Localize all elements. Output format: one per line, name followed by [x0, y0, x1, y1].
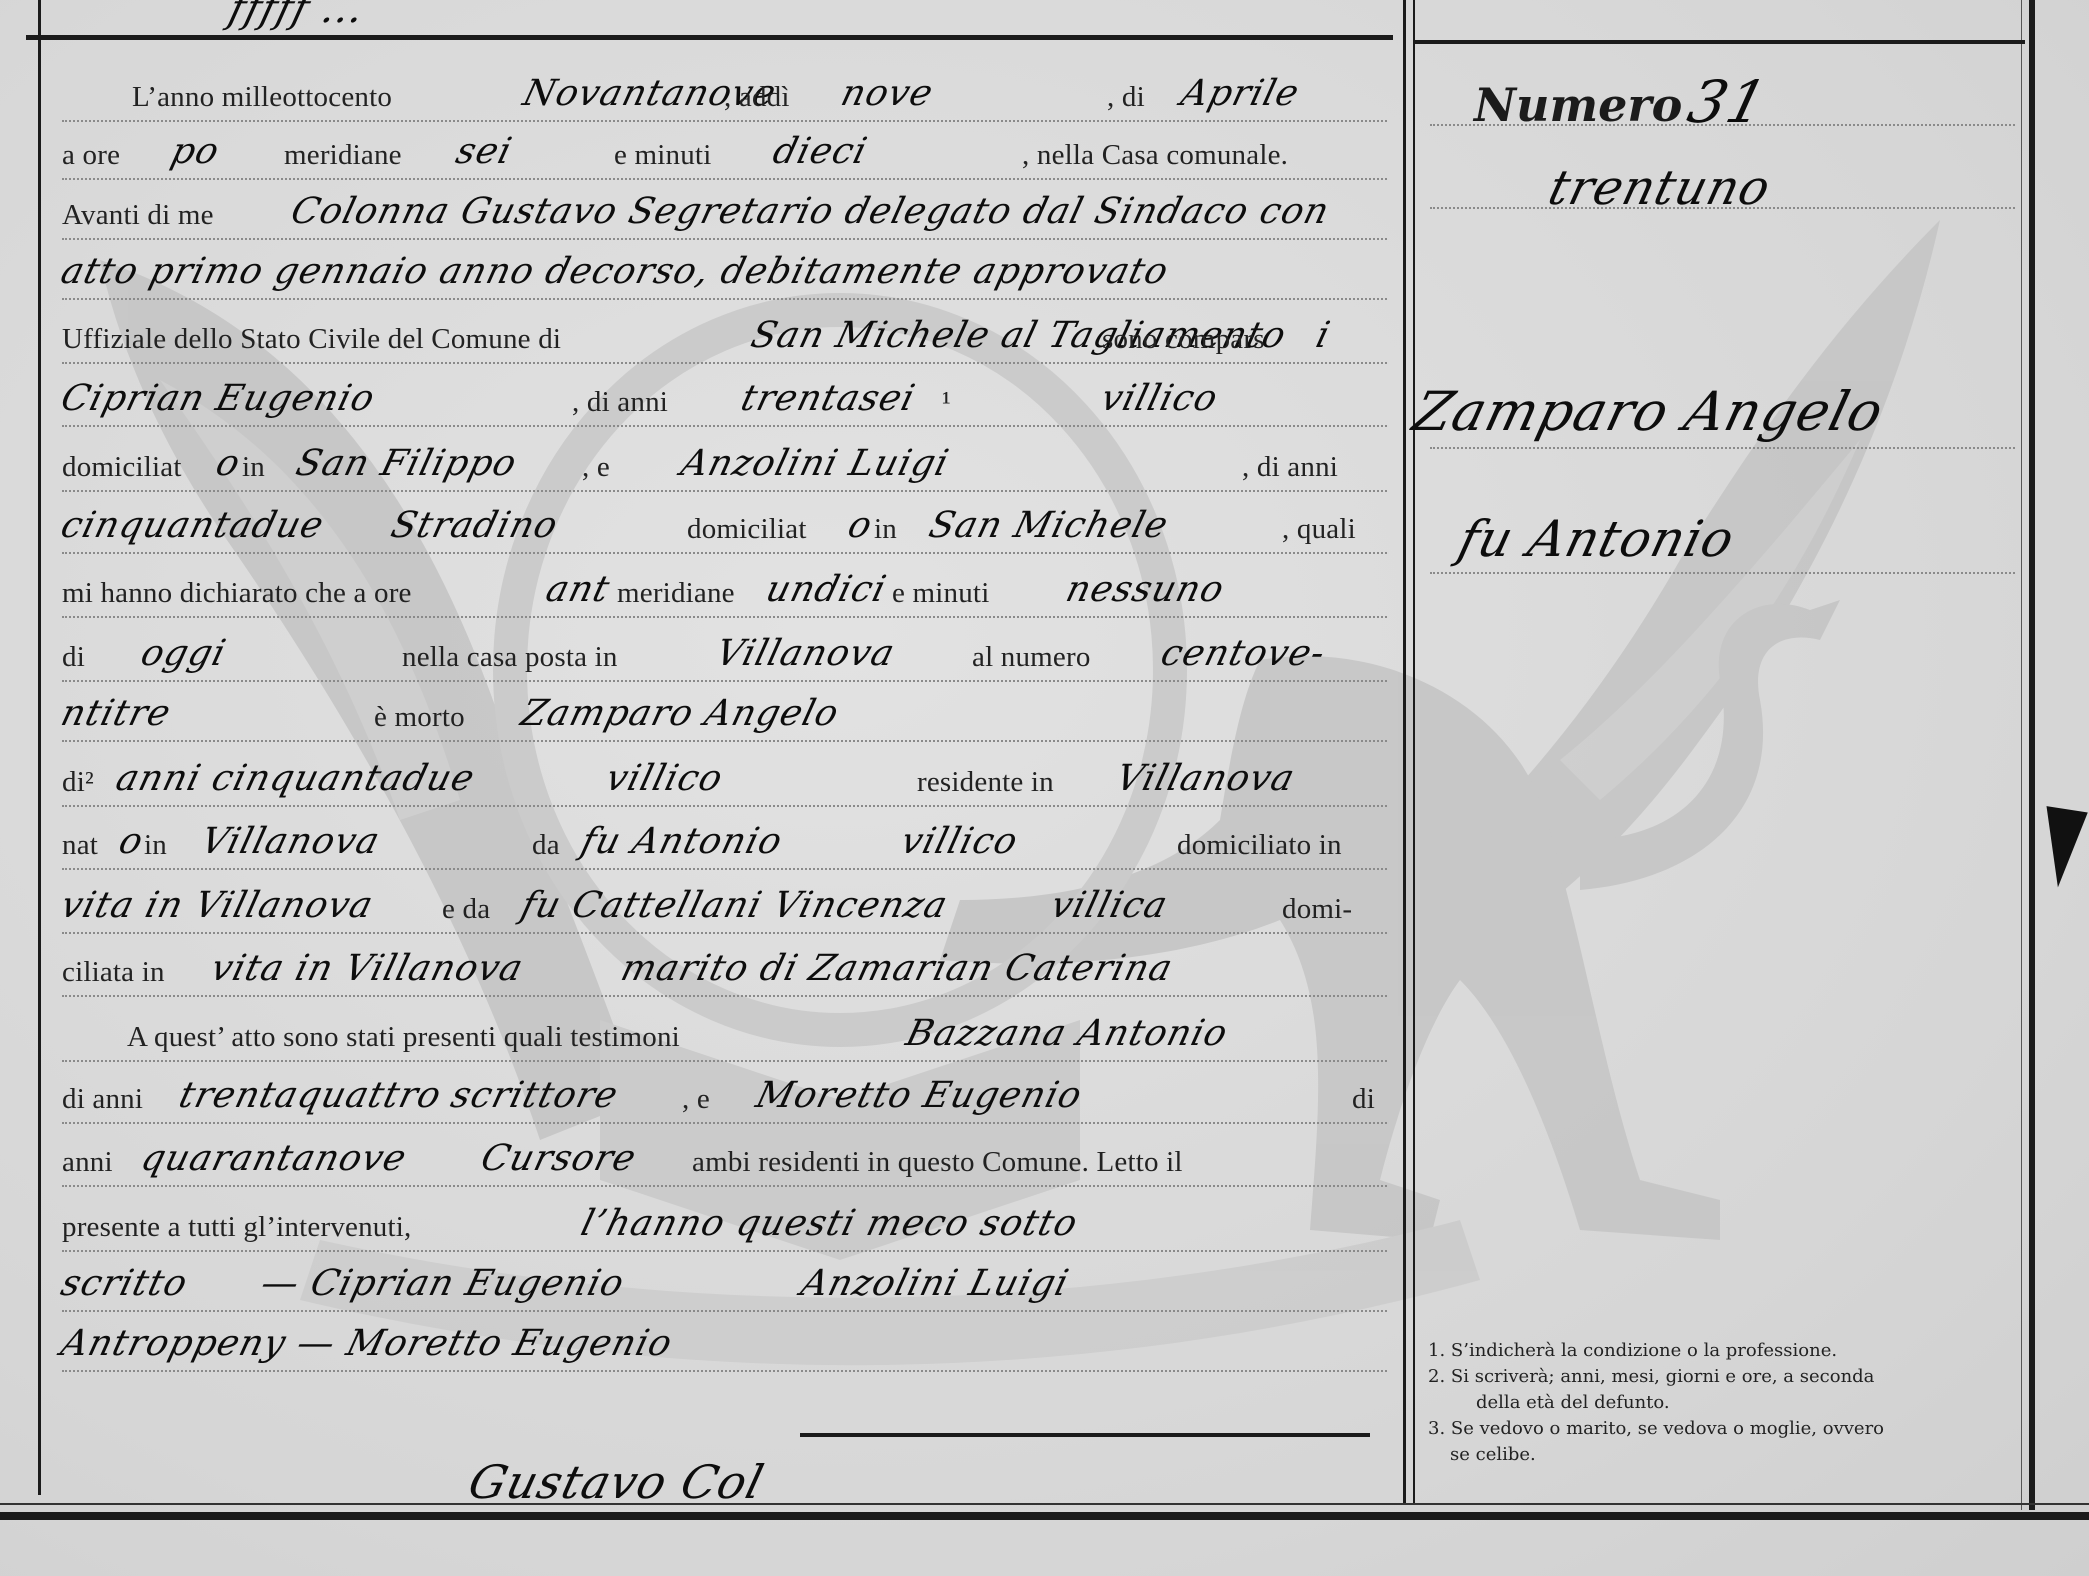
record-number-dotted-line	[1430, 122, 2015, 126]
record-line: Avanti di meColonna Gustavo Segretario d…	[62, 178, 1387, 240]
printed-text: mi hanno dichiarato che a ore	[62, 577, 412, 610]
record-line: ciliata invita in Villanovamarito di Zam…	[62, 935, 1387, 997]
handwritten-entry: o	[212, 443, 245, 484]
previous-record-fragment: fffff ...	[224, 0, 369, 32]
record-line: ntitreè mortoZamparo Angelo	[62, 680, 1387, 742]
printed-text: al numero	[972, 641, 1091, 674]
bottom-rule	[0, 1512, 2089, 1520]
printed-text: e minuti	[614, 139, 711, 172]
handwritten-entry: anni cinquantadue	[112, 758, 479, 799]
handwritten-entry: undici	[762, 569, 891, 610]
handwritten-entry: sei	[452, 131, 517, 172]
printed-text: domiciliat	[687, 513, 807, 546]
record-line: Ciprian Eugenio, di annitrentasei¹villic…	[62, 365, 1387, 427]
footnote-item: della età del defunto.	[1428, 1390, 2028, 1416]
printed-text: in	[874, 513, 897, 546]
handwritten-entry: Moretto Eugenio	[752, 1075, 1087, 1116]
handwritten-entry: scrittore	[447, 1075, 623, 1116]
printed-text: residente in	[917, 766, 1054, 799]
printed-text: anni	[62, 1146, 113, 1179]
printed-text: domiciliat	[62, 451, 182, 484]
printed-text: di anni	[62, 1083, 143, 1116]
printed-text: presente a tutti gl’intervenuti,	[62, 1211, 411, 1244]
record-number-words-dotted-line	[1430, 205, 2015, 209]
printed-text: di	[62, 641, 85, 674]
printed-text: meridiane	[284, 139, 402, 172]
printed-text: ciliata in	[62, 956, 165, 989]
handwritten-entry: l’hanno questi meco sotto	[577, 1203, 1082, 1244]
handwritten-entry: villico	[1097, 378, 1222, 419]
footnote-item: 2. Si scriverà; anni, mesi, giorni e ore…	[1428, 1364, 2028, 1390]
footnotes: 1. S’indicherà la condizione o la profes…	[1428, 1338, 2028, 1468]
handwritten-entry: po	[167, 131, 224, 172]
handwritten-entry: Antroppeny — Moretto Eugenio	[57, 1323, 677, 1364]
handwritten-entry: quarantanove	[137, 1138, 411, 1179]
handwritten-entry: scritto	[57, 1263, 192, 1304]
record-line: di²anni cinquantaduevillicoresidente inV…	[62, 745, 1387, 807]
handwritten-entry: centove-	[1157, 633, 1330, 674]
record-line: anniquarantanoveCursoreambi residenti in…	[62, 1125, 1387, 1187]
left-border-line	[38, 0, 41, 1495]
margin-father-name: fu Antonio	[1453, 510, 1741, 568]
handwritten-entry: Anzolini Luigi	[797, 1263, 1073, 1304]
handwritten-entry: o	[115, 821, 148, 862]
printed-text: L’anno milleottocento	[132, 81, 392, 114]
column-divider-line-inner	[1413, 0, 1415, 1505]
printed-text: da	[532, 829, 560, 862]
officer-signature: Gustavo Col	[463, 1455, 769, 1509]
handwritten-entry: San Michele	[925, 505, 1173, 546]
printed-text: sono compars	[1102, 323, 1265, 356]
printed-text: ¹	[942, 386, 951, 419]
handwritten-entry: villica	[1047, 885, 1172, 926]
handwritten-entry: atto primo gennaio anno decorso, debitam…	[57, 251, 1173, 292]
handwritten-entry: fu Antonio	[577, 821, 787, 862]
handwritten-entry: Zamparo Angelo	[517, 693, 843, 734]
printed-text: meridiane	[617, 577, 735, 610]
top-rule-left	[26, 35, 1393, 40]
column-divider-line	[1403, 0, 1406, 1505]
margin-deceased-name: Zamparo Angelo	[1407, 380, 1890, 443]
page-tab-marker	[2046, 801, 2089, 888]
handwritten-entry: dieci	[769, 131, 872, 172]
handwritten-entry: Stradino	[387, 505, 562, 546]
handwritten-entry: fu Cattellani Vincenza	[517, 885, 952, 926]
handwritten-entry: Cursore	[477, 1138, 641, 1179]
top-rule-right	[1415, 40, 2025, 44]
footnote-item: se celibe.	[1428, 1442, 2028, 1468]
printed-text: Uffiziale dello Stato Civile del Comune …	[62, 323, 561, 356]
record-line: Uffiziale dello Stato Civile del Comune …	[62, 302, 1387, 364]
record-line: scritto— Ciprian EugenioAnzolini Luigi	[62, 1250, 1387, 1312]
printed-text: , addì	[724, 81, 790, 114]
record-line: A quest’ atto sono stati presenti quali …	[62, 1000, 1387, 1062]
handwritten-entry: nessuno	[1062, 569, 1229, 610]
printed-text: in	[242, 451, 265, 484]
printed-text: , di anni	[1242, 451, 1338, 484]
printed-text: di²	[62, 766, 94, 799]
right-border-line	[2029, 0, 2035, 1510]
printed-text: Avanti di me	[62, 199, 214, 232]
handwritten-entry: o	[844, 505, 877, 546]
handwritten-entry: vita in Villanova	[57, 885, 378, 926]
handwritten-entry: marito di Zamarian Caterina	[617, 948, 1177, 989]
printed-text: nat	[62, 829, 98, 862]
printed-text: , di anni	[572, 386, 668, 419]
margin-name-dotted-line	[1430, 445, 2015, 449]
footnote-item: 3. Se vedovo o marito, se vedova o mogli…	[1428, 1416, 2028, 1442]
record-line: di annitrentaquattroscrittore, eMoretto …	[62, 1062, 1387, 1124]
printed-text: A quest’ atto sono stati presenti quali …	[127, 1021, 680, 1054]
printed-text: domi-	[1282, 893, 1352, 926]
handwritten-entry: cinquantadue	[57, 505, 328, 546]
handwritten-entry: trentasei	[737, 378, 920, 419]
record-line: L’anno milleottocentoNovantanove, addìno…	[62, 60, 1387, 122]
record-line: Antroppeny — Moretto Eugenio	[62, 1310, 1387, 1372]
document-page: fffff ... L’anno milleottocentoNovantano…	[0, 0, 2089, 1576]
printed-text: , nella Casa comunale.	[1022, 139, 1288, 172]
record-line: domiciliatoinSan Filippo, eAnzolini Luig…	[62, 430, 1387, 492]
handwritten-entry: Aprile	[1177, 73, 1304, 114]
record-line: cinquantadueStradinodomiciliatoinSan Mic…	[62, 492, 1387, 554]
signature-closing-rule	[800, 1433, 1370, 1437]
printed-text: nella casa posta in	[402, 641, 618, 674]
record-line: natoinVillanovadafu Antoniovillicodomici…	[62, 808, 1387, 870]
handwritten-entry: Anzolini Luigi	[677, 443, 953, 484]
printed-text: , quali	[1282, 513, 1356, 546]
record-line: mi hanno dichiarato che a oreantmeridian…	[62, 556, 1387, 618]
printed-text: domiciliato in	[1177, 829, 1342, 862]
printed-text: e minuti	[892, 577, 989, 610]
handwritten-entry: Colonna Gustavo Segretario delegato dal …	[287, 191, 1334, 232]
handwritten-entry: i	[1312, 315, 1335, 356]
handwritten-entry: trentaquattro	[175, 1075, 446, 1116]
handwritten-entry: villico	[897, 821, 1022, 862]
handwritten-entry: vita in Villanova	[207, 948, 528, 989]
printed-text: , e	[582, 451, 610, 484]
handwritten-entry: San Filippo	[292, 443, 521, 484]
handwritten-entry: nove	[837, 73, 938, 114]
handwritten-entry: Bazzana Antonio	[902, 1013, 1232, 1054]
record-line: presente a tutti gl’intervenuti,l’hanno …	[62, 1190, 1387, 1252]
right-border-inner-line	[2021, 0, 2022, 1510]
handwritten-entry: villico	[602, 758, 727, 799]
printed-text: , e	[682, 1083, 710, 1116]
handwritten-entry: Villanova	[197, 821, 384, 862]
footnote-item: 1. S’indicherà la condizione o la profes…	[1428, 1338, 2028, 1364]
record-line: atto primo gennaio anno decorso, debitam…	[62, 238, 1387, 300]
handwritten-entry: ntitre	[57, 693, 175, 734]
printed-text: ambi residenti in questo Comune. Letto i…	[692, 1146, 1183, 1179]
handwritten-entry: oggi	[137, 633, 231, 674]
printed-text: è morto	[374, 701, 465, 734]
printed-text: , di	[1107, 81, 1145, 114]
bottom-rule-thin	[0, 1503, 2089, 1505]
record-line: vita in Villanovae dafu Cattellani Vince…	[62, 872, 1387, 934]
handwritten-entry: Villanova	[1112, 758, 1299, 799]
record-line: diogginella casa posta inVillanovaal num…	[62, 620, 1387, 682]
margin-father-dotted-line	[1430, 570, 2015, 574]
printed-text: di	[1352, 1083, 1375, 1116]
printed-text: a ore	[62, 139, 120, 172]
handwritten-entry: — Ciprian Eugenio	[257, 1263, 629, 1304]
handwritten-entry: Ciprian Eugenio	[57, 378, 379, 419]
handwritten-entry: ant	[542, 569, 614, 610]
printed-text: in	[144, 829, 167, 862]
printed-text: e da	[442, 893, 490, 926]
record-line: a orepomeridianeseie minutidieci, nella …	[62, 118, 1387, 180]
handwritten-entry: Villanova	[712, 633, 899, 674]
